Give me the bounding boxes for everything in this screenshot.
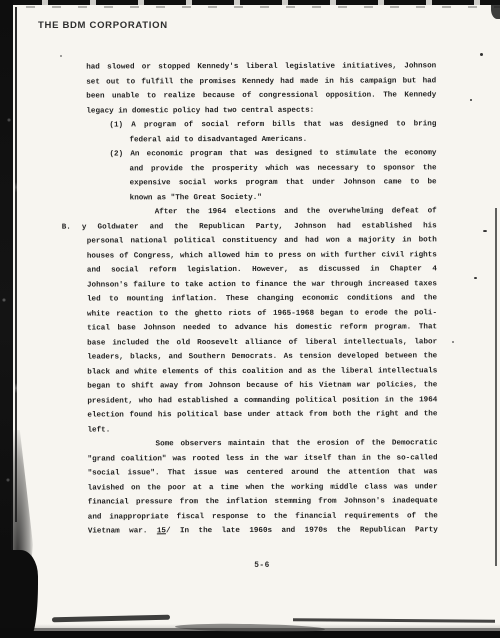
text-line: After the 1964 elections and the overwhe…: [155, 204, 437, 219]
text-line: Vietnam war. 15/ In the late 1960s and 1…: [88, 523, 438, 539]
text-line: "grand coalition" was rooted less in the…: [88, 451, 438, 467]
text-line: left.: [87, 422, 437, 438]
text-line: tical base Johnson needed to advance his…: [87, 320, 437, 336]
text-line: election found his political base under …: [87, 407, 437, 423]
text-line: Some observers maintain that the erosion…: [155, 436, 437, 451]
text-line: began to shift away from Johnson because…: [87, 378, 437, 394]
text-line: known as "The Great Society.": [130, 190, 437, 206]
scan-speck: [60, 55, 62, 57]
text-line: led to mounting inflation. These changin…: [87, 291, 437, 307]
text-line: Johnson's failure to take action to fina…: [87, 277, 437, 293]
text-line: lavished on the poor at a time when the …: [88, 480, 438, 496]
text-line: base included the old Roosevelt alliance…: [87, 335, 437, 351]
text-line: B. y Goldwater and the Republican Party,…: [62, 219, 437, 235]
text-line: and inappropriate fiscal response to the…: [88, 509, 438, 525]
text-line: president, who had established a command…: [87, 393, 437, 409]
text-line: expensive social works program that unde…: [130, 175, 437, 191]
scan-streak: [52, 615, 170, 623]
scan-streak: [293, 618, 495, 622]
footnote-reference: 15: [157, 527, 166, 535]
text-line: white reaction to the ghetto riots of 19…: [87, 306, 437, 322]
text-line: had slowed or stopped Kennedy's liberal …: [86, 59, 436, 75]
text-line: "social issue". That issue was centered …: [88, 465, 438, 481]
text-line: legacy in domestic policy had two centra…: [86, 103, 436, 119]
text-line: federal aid to disadvantaged Americans.: [129, 132, 436, 148]
text-line: financial pressure from the inflation st…: [88, 494, 438, 510]
text-line: (1) A program of social reform bills tha…: [109, 117, 436, 133]
text-line: leaders, blacks, and Southern Democrats.…: [87, 349, 437, 365]
company-letterhead: THE BDM CORPORATION: [38, 20, 168, 31]
text-line: houses of Congress, which allowed him to…: [87, 248, 437, 264]
text-line: and provide the prosperity which was nec…: [130, 161, 437, 177]
text-line: personal national political constituency…: [87, 233, 437, 249]
scan-edge-top-dots: [0, 6, 500, 8]
page-corner-curl: [491, 5, 500, 19]
page-number: 5-6: [87, 562, 437, 570]
text-line: set out to fulfill the promises Kennedy …: [86, 74, 436, 90]
text-line: (2) An economic program that was designe…: [109, 146, 436, 162]
document-lines: had slowed or stopped Kennedy's liberal …: [0, 59, 500, 539]
text-line: black and white elements of this coaliti…: [87, 364, 437, 380]
scanned-document-page: THE BDM CORPORATION had slowed or stoppe…: [0, 0, 500, 638]
text-line: and social reform legislation. However, …: [87, 262, 437, 278]
text-line: been unable to realize because of congre…: [86, 88, 436, 104]
scan-speck: [480, 53, 483, 56]
scan-edge-top: [0, 0, 500, 5]
